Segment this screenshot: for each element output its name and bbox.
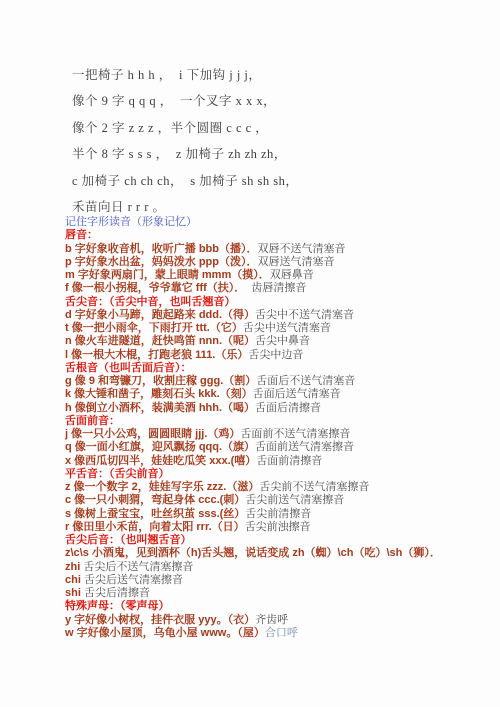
phonics-line: 舌尖后音：（也叫翘舌音） [65, 534, 485, 547]
line-description-text: 舌面前送气清塞擦音 [255, 441, 354, 453]
line-description-text: 舌尖前浊擦音 [245, 521, 311, 533]
phonics-line: z\c\s 小酒鬼，见到酒杯（h)舌头翘，说话变成 zh（蜘）\ch（吃）\sh… [65, 547, 485, 560]
line-description-text: 舌面后不送气清塞音 [256, 375, 355, 387]
line-main-text: p 字好象水出盆，妈妈泼水 ppp（泼）． [65, 256, 258, 268]
intro-line: 一把椅子 h h h ， i 下加钩 j j j， [72, 62, 472, 88]
line-main-text: y 字好像小树杈，挂件衣服 yyy。（衣） [65, 614, 255, 626]
line-main-text: z\c\s 小酒鬼，见到酒杯（h)舌头翘，说话变成 zh（蜘）\ch（吃）\sh… [65, 547, 441, 559]
phonics-line: p 字好象水出盆，妈妈泼水 ppp（泼）．双唇送气清塞音 [65, 256, 485, 269]
line-description-text: 合口呼 [265, 627, 298, 639]
phonics-line: w 字好像小屋顶，乌龟小屋 www。（屋）合口呼 [65, 627, 485, 640]
line-main-text: shi [65, 587, 84, 599]
line-main-text: f 像一根小拐棍，爷爷靠它 fff（扶）． [65, 282, 251, 294]
phonics-section: 记住字形读音（形象记忆） 唇音： b 字好象收音机，收听广播 bbb（播）．双唇… [65, 216, 485, 640]
intro-line: c 加椅子 ch ch ch， s 加椅子 sh sh sh， [72, 168, 472, 194]
line-main-text: r 像田里小禾苗，向着太阳 rrr.（日） [65, 521, 245, 533]
phonics-line: l 像一根大木棍，打跑老狼 111.（乐）舌尖中边音 [65, 349, 485, 362]
line-main-text: z 像一个数字 2，娃娃写字乐 zzz.（滋） [65, 481, 259, 493]
line-description-text: 舌尖中送气清塞音 [243, 322, 331, 334]
document-page: 一把椅子 h h h ， i 下加钩 j j j， 像个 9 字 q q q ，… [0, 0, 500, 707]
phonics-line: 舌根音（也叫舌面后音）： [65, 362, 485, 375]
line-main-text: c 像一只小刺猬，弯起身体 ccc.(刺） [65, 494, 245, 506]
phonics-line: d 字好象小马蹄，跑起路来 ddd.（得）舌尖中不送气清塞音 [65, 309, 485, 322]
line-main-text: b 字好象收音机，收听广播 bbb（播）． [65, 243, 258, 255]
phonics-line: shi 舌尖后清擦音 [65, 587, 485, 600]
phonics-line: h 像倒立小酒杯，装满美酒 hhh.（喝）舌面后清擦音 [65, 402, 485, 415]
phonics-line: b 字好象收音机，收听广播 bbb（播）．双唇不送气清塞音 [65, 243, 485, 256]
intro-line: 像个 9 字 q q q ， 一个叉字 x x x， [72, 88, 472, 114]
line-main-text: 舌面前音： [65, 415, 120, 427]
line-description-text: 舌尖后不送气清塞擦音 [83, 561, 193, 573]
line-main-text: 唇音： [65, 229, 98, 241]
line-description-text: 齐齿呼 [255, 614, 288, 626]
phonics-line: k 像大锤和凿子，雕刻石头 kkk.（刻）舌面后送气清塞音 [65, 388, 485, 401]
line-main-text: h 像倒立小酒杯，装满美酒 hhh.（喝） [65, 402, 255, 414]
phonics-line: q 像一面小红旗，迎风飘扬 qqq.（旗）舌面前送气清塞擦音 [65, 441, 485, 454]
line-description-text: 舌尖中鼻音 [255, 335, 310, 347]
intro-line: 像个 2 字 z z z ，半个圆圈 c c c ， [72, 115, 472, 141]
line-main-text: m 字好象两扇门，蒙上眼睛 mmm（摸）． [65, 269, 270, 281]
intro-section: 一把椅子 h h h ， i 下加钩 j j j， 像个 9 字 q q q ，… [72, 62, 472, 220]
line-description-text: 舌尖前不送气清塞擦音 [259, 481, 369, 493]
phonics-line: 唇音： [65, 229, 485, 242]
line-main-text: n 像火车进隧道，赶快鸣笛 nnn.（呢） [65, 335, 255, 347]
intro-line: 半个 8 字 s s s ， z 加椅子 zh zh zh， [72, 141, 472, 167]
line-description-text: 舌尖中不送气清塞音 [255, 309, 354, 321]
line-description-text: 舌面前不送气清塞擦音 [240, 428, 350, 440]
section-title: 记住字形读音（形象记忆） [65, 216, 485, 229]
phonics-line: g 像 9 和弯镰刀，收割庄稼 ggg.（割）舌面后不送气清塞音 [65, 375, 485, 388]
line-description-text: 舌面后清擦音 [255, 402, 321, 414]
line-main-text: chi [65, 574, 84, 586]
line-main-text: t 像一把小雨伞，下雨打开 ttt.（它） [65, 322, 243, 334]
phonics-line: m 字好象两扇门，蒙上眼睛 mmm（摸）．双唇鼻音 [65, 269, 485, 282]
line-main-text: 平舌音：（舌尖前音） [65, 468, 170, 480]
phonics-line: s 像树上蚕宝宝，吐丝织茧 sss.(丝）舌尖前清擦音 [65, 508, 485, 521]
line-description-text: 舌尖前送气清塞擦音 [245, 494, 344, 506]
line-description-text: 双唇送气清塞音 [258, 256, 335, 268]
line-description-text: 舌尖前清擦音 [245, 508, 311, 520]
phonics-line: c 像一只小刺猬，弯起身体 ccc.(刺）舌尖前送气清塞擦音 [65, 494, 485, 507]
line-main-text: l 像一根大木棍，打跑老狼 111.（乐） [65, 349, 248, 361]
line-description-text: 舌尖后送气清塞擦音 [84, 574, 183, 586]
line-main-text: s 像树上蚕宝宝，吐丝织茧 sss.(丝） [65, 508, 245, 520]
line-main-text: x 像西瓜切四半，娃娃吃瓜笑 xxx.(嘻） [65, 455, 256, 467]
line-main-text: w 字好像小屋顶，乌龟小屋 www。（屋） [65, 627, 265, 639]
line-main-text: g 像 9 和弯镰刀，收割庄稼 ggg.（割） [65, 375, 256, 387]
line-main-text: 舌根音（也叫舌面后音）： [65, 362, 192, 374]
phonics-line: t 像一把小雨伞，下雨打开 ttt.（它）舌尖中送气清塞音 [65, 322, 485, 335]
line-main-text: zhi [65, 561, 83, 573]
line-main-text: j 像一只小公鸡，圆圆眼睛 jjj.（鸡） [65, 428, 240, 440]
phonics-line: chi 舌尖后送气清塞擦音 [65, 574, 485, 587]
phonics-line: x 像西瓜切四半，娃娃吃瓜笑 xxx.(嘻）舌面前清擦音 [65, 455, 485, 468]
line-description-text: 双唇不送气清塞音 [258, 243, 346, 255]
line-description-text: 舌面前清擦音 [256, 455, 322, 467]
line-main-text: 舌尖后音：（也叫翘舌音） [65, 534, 192, 546]
phonics-line: 特殊声母：（零声母） [65, 600, 485, 613]
phonics-line: zhi 舌尖后不送气清塞擦音 [65, 561, 485, 574]
line-main-text: 舌尖音：（舌尖中音，也叫舌翘音） [65, 296, 236, 308]
line-description-text: 舌尖中边音 [248, 349, 303, 361]
phonics-line: z 像一个数字 2，娃娃写字乐 zzz.（滋）舌尖前不送气清塞擦音 [65, 481, 485, 494]
line-description-text: 齿唇清擦音 [251, 282, 306, 294]
phonics-line: j 像一只小公鸡，圆圆眼睛 jjj.（鸡）舌面前不送气清塞擦音 [65, 428, 485, 441]
phonics-line: r 像田里小禾苗，向着太阳 rrr.（日）舌尖前浊擦音 [65, 521, 485, 534]
line-main-text: d 字好象小马蹄，跑起路来 ddd.（得） [65, 309, 255, 321]
line-main-text: q 像一面小红旗，迎风飘扬 qqq.（旗） [65, 441, 255, 453]
line-description-text: 舌尖后清擦音 [84, 587, 150, 599]
line-description-text: 舌面后送气清塞音 [253, 388, 341, 400]
line-description-text: 双唇鼻音 [270, 269, 314, 281]
phonics-line: 舌面前音： [65, 415, 485, 428]
phonics-line: n 像火车进隧道，赶快鸣笛 nnn.（呢）舌尖中鼻音 [65, 335, 485, 348]
phonics-line: 平舌音：（舌尖前音） [65, 468, 485, 481]
phonics-line: 舌尖音：（舌尖中音，也叫舌翘音） [65, 296, 485, 309]
line-main-text: k 像大锤和凿子，雕刻石头 kkk.（刻） [65, 388, 253, 400]
phonics-lines: 唇音： b 字好象收音机，收听广播 bbb（播）．双唇不送气清塞音 p 字好象水… [65, 229, 485, 640]
phonics-line: f 像一根小拐棍，爷爷靠它 fff（扶）． 齿唇清擦音 [65, 282, 485, 295]
line-main-text: 特殊声母：（零声母） [65, 600, 170, 612]
phonics-line: y 字好像小树杈，挂件衣服 yyy。（衣）齐齿呼 [65, 614, 485, 627]
